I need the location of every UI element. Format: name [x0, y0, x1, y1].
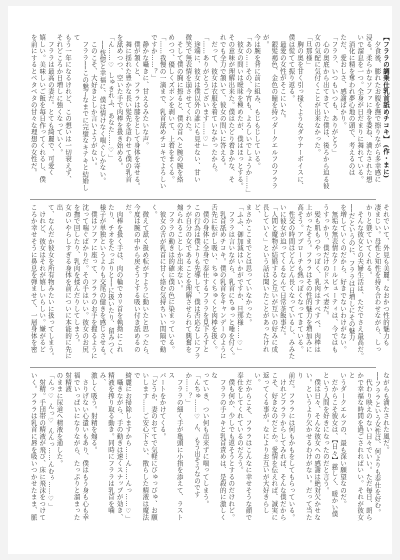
text-column: 様子が単独というよりも交尾の健きを感じさせる。 — [98, 204, 107, 362]
document-page: 【フララの調乗仕乳首舐めチコキ】 (作・まに) 夕食後、膨れたお腹を撫で擦りなが… — [8, 6, 392, 554]
text-column: 僕が頷くと、フララは膝をとして身体を寄せる。 — [132, 34, 141, 194]
text-column: 無垢な無表情なクールビューティは、今ではも — [330, 204, 339, 362]
text-column: 長していく」という話は聞いたことがあったけれど、 — [253, 204, 270, 362]
text-column: れでも全力で頷いて、彼女の問いに答える。 — [218, 34, 227, 194]
text-column: 「フララ、いつもいつも、ありがとう」 — [330, 34, 339, 194]
text-column: 綺麗にお掃除しますから……ん……んっ……♡」 — [124, 372, 133, 524]
text-column: フララの動きは的確に僕の色に染まっている。 — [167, 204, 176, 362]
text-column: 煽られることしか出来ない。 — [175, 204, 184, 362]
text-column: さりげない心遣いもあり、僕はもう身も心も幸 — [81, 372, 90, 524]
text-column: 今度は腕の中から戻そうとする吸い付き舐めるのだ。 — [124, 204, 141, 362]
text-column: いで溜息を一つ。全身が日だまりに舞れている。 — [356, 34, 365, 194]
text-column: 途端に、彼女は僕以外の誰にも見せない、甘い — [192, 34, 201, 194]
text-column: 僕も何か、少しでも返そうとするのだけれど。 — [227, 372, 236, 524]
text-column: 舌先に転がし吸い、ちゅくちゅくと肉棒を扱く。 — [210, 204, 219, 362]
text-band-top: 【フララの調乗仕乳首舐めチコキ】 (作・まに) 夕食後、膨れたお腹を撫で擦りなが… — [30, 34, 390, 194]
text-column: という人間を好きになったのだと言う。 — [321, 372, 330, 524]
text-column: それどころか日増しに強くなっていく。 — [55, 34, 64, 194]
text-column: ラが自分の女であることを理解させられて興奮を — [184, 204, 193, 362]
text-column: 僕の身体に全身で奉仕するフララを見下ろすと — [201, 204, 210, 362]
text-column: 消化に精を奪われ夢心地の頭で、考えるのは — [347, 34, 356, 194]
text-column: ただ、愛おしさ、感謝ばかり。 — [338, 34, 347, 194]
text-column: 上がったそう。フララはその性的魅力を増加みに — [304, 204, 313, 362]
text-column: を増していくのだから、好きでないわけがない。 — [338, 204, 347, 362]
text-column: 囁きながら、手の動きは速くスナップが効き、 — [115, 372, 124, 524]
text-column: 髪も肌もつやっぽく、乳肉はすべすべ、肉棒は — [313, 204, 322, 362]
text-column: 彼女の問いは曖昧を極めたが、僕はほっとする。 — [235, 34, 244, 194]
text-column: ──だというのに、フララは日増しにその魅力 — [347, 204, 356, 362]
text-column: 微笑で無表情を崩させてくれた。 — [184, 34, 193, 194]
text-column: けれど、彼女はそれが嬉しいらしい。嫌がるど — [38, 204, 47, 362]
text-column: のままに尿道へ精液を通した。 — [55, 372, 64, 524]
text-column: フララは言いながら、乳首にちゅっと唾を付く。 — [227, 204, 236, 362]
text-column: その意味が理解出来た。僕はたどり着きかな、そ — [227, 34, 236, 194]
text-column: 「旦那様」 — [304, 34, 313, 194]
text-column: パートをかけてくる。 — [158, 372, 167, 524]
divider-rule — [30, 367, 376, 368]
text-column: 「どうか、妻のおててで気軽にびゅっびゅ、お願 — [149, 372, 158, 524]
text-column: 沈って喘ぐばかりだ。その手はいい。彼女のお尻 — [81, 204, 90, 362]
text-band-middle: それでいて、外見も美麗。なおかつ性的魅力も凄まじい。母性と知性を持ち合わせながら… — [30, 204, 390, 362]
text-column: ながらも満たされた風だ。 — [381, 372, 390, 524]
text-column: 心の奥底から出てきていた僕は、後ろから迫る彼 — [321, 34, 330, 194]
text-column: フララ──この魅了なまでに完璧なキテキと結婚して — [72, 34, 89, 194]
text-column: 「人間と魔物が結婚すると互いが互いの好みに成 — [270, 204, 279, 362]
text-column: 「んっ♡ んっ♡ んんっ……んむぅ……♡」 — [46, 372, 55, 524]
text-column: ころか幸せそうに鼻息を弾ませて、一層身体を密 — [30, 204, 38, 362]
text-column: たり、チオをたっぷりと──に扱いたり、留みつく — [106, 204, 115, 362]
text-column: かりと躾ていてくれる。 — [364, 204, 373, 362]
text-column: 「んちゅ……♡ ん、もう出そうなのですか……？」 — [184, 372, 201, 524]
text-column: 静かな囁きに、甘えるみたいな声。 — [141, 34, 150, 194]
text-column: 性交の時間はどんどん長くなっているし、みみた — [287, 204, 296, 362]
text-column: 舞に揺れた豊かな長い髪先を這わせて僕の乳首 — [124, 34, 133, 194]
text-column: 銀髪褐色、金色の瞳を持つダークエルフのフララが。 — [261, 34, 278, 194]
text-column: 乳首舐めチコキ。僕の乳首をキャンデーのように — [218, 204, 227, 362]
text-band-bottom: ながらも満たされた風だ。──フララという女性は、何よりも奉仕を好む。 代わり映え… — [30, 372, 390, 524]
text-column: このこそ、大好きとしか言いようがない。 — [89, 34, 98, 194]
text-column: い。というより欠かせるわけがない。だって当たり — [295, 372, 312, 524]
text-column: て、なんだか彼女を所有物みたいに扱ってしまう。 — [46, 204, 55, 362]
text-column: 返ってくる事が。なによりお互いが大好きらしい。 — [253, 372, 270, 524]
text-column: いうダークエルフの、最も深い願望なのだ。 — [338, 372, 347, 524]
text-column: 女のいやらしすぎる身体を前についに本能的に先に出 — [55, 204, 72, 362]
text-column: うすっかり、僕だけのドスケベ妻だ。 — [321, 204, 330, 362]
text-column: だからこそ、フララはこんなに幸せそうな顔で — [244, 372, 253, 524]
text-column: ですか……？」 — [149, 34, 158, 194]
text-column: 精液を搾り取る動き。同時にフララは乳首を噛み、 — [98, 372, 115, 524]
text-column: 奉仕をしてくれているのだろう。 — [235, 372, 244, 524]
text-column: を撫で回したり、乳肉を揉んだりしてしまう。 — [72, 204, 81, 362]
text-column: っていき、つい何も出来ずに喘ってしまう。 — [201, 372, 210, 524]
divider-rule — [30, 199, 376, 200]
text-column: それでいて、外見も美麗。なおかつ性的魅力も — [381, 204, 390, 362]
text-column: この行為は僕よりも先導して、僕は否応なしにフラ — [192, 204, 201, 362]
text-column: を舐めつつ、空いた手で肉棒を扱き始める。 — [115, 34, 124, 194]
text-column: 「あの……その、今宵も、よろしいでしょうか……」 — [244, 34, 253, 194]
text-column: 女の気配に気付くことが出来なかった。 — [313, 34, 322, 194]
text-column: 胸の奥を甘く引っ掻くようなダウナーボイスに、 — [295, 34, 304, 194]
text-column: 「……我慢の一滴まで、乳首舐めチコキでよろしい — [158, 34, 167, 194]
text-column: 最愛の女性がそこにいた。 — [278, 34, 287, 194]
text-column: めつつ、優しくズボンを剥いて、上着をまくる。 — [167, 34, 176, 194]
text-column: ──恍惚と幸福に、僕は情けなく喘ぐしかない。 — [98, 34, 107, 194]
text-column: フララは最高の妻だ。とても綺麗で、可愛く — [46, 34, 55, 194]
text-column: だからこそ彼女は、【日々】慈しく、暖かい僕 — [330, 372, 339, 524]
text-column: まさかここまでとは思っていなかった。 — [244, 204, 253, 362]
text-column: 射精。手団帯の精液が飛び、床に飛沫をつけて — [38, 372, 47, 524]
text-column: 凄まじい。母性と知性を持ち合わせながら、しっ — [373, 204, 382, 362]
text-column: こそ、好きなのだとか。愛情を伝えれば、誠実に — [270, 372, 279, 524]
text-column: フララの細く手が亀頭に小指を添えて、ラストス — [167, 372, 184, 524]
text-column: 激しく吸う。射精を煽る。 — [89, 372, 98, 524]
text-column: 嬉しい。美味しいご飯を毎日作ってくれるし、僕 — [38, 34, 47, 194]
text-column: けれどフララからしてみれば、そんな僕だから — [278, 372, 287, 524]
text-column: いします……ご安心下さい、散らした精液は魔法で — [132, 372, 149, 524]
text-column: 前だ。フララには何もかもをしてもらっている。 — [287, 372, 296, 524]
text-column: 浸る。柔らかなソファに身を委ね、満たされた想 — [364, 34, 373, 194]
text-column: いく。フララは乳首に唇を吸いつかせたまま、脈動す — [30, 372, 38, 524]
text-column: 僕は慌てて振り返る。 — [287, 34, 296, 194]
text-column: 福でいっぱいになりながら、たっぷりと溜まった射精液 — [63, 372, 80, 524]
text-column: もう一年になるけれど、この想いは一切衰えず、 — [63, 34, 72, 194]
text-column: 今は腕を背に前に組み、もじもじしている。 — [253, 34, 262, 194]
text-column: フララの手コキと乳首責めは、是殺的に激しくな — [210, 372, 227, 524]
document-title: 【フララの調乗仕乳首舐めチコキ】 (作・まに) — [381, 34, 390, 194]
text-column: 「ん……♡ しゅきれふ、あなた……♡」 — [106, 34, 115, 194]
text-column: 僕は日々、そんな彼女への感謝は絶対欠かせな — [313, 372, 322, 524]
text-column: 微えて舐く扱め転がすように動いたと思ったら、 — [141, 204, 150, 362]
text-column: 「……ありがとうございます……♡」 — [201, 34, 210, 194]
text-column: いに彼女が迫ってくるなんて日常茶飯事だ。 — [278, 204, 287, 362]
text-column: 僕はソファに座って、フララのお手を握るように — [89, 204, 98, 362]
text-column: 夕食後、膨れたお腹を撫で擦りながら多幸感に — [373, 34, 382, 194]
text-column: そして僕の胸に擦ると、僕の首へと腕の腕を絡 — [175, 34, 184, 194]
text-column: かで幸福な時間を過ごされればいい。それが彼女と — [347, 372, 364, 524]
text-column: ──フララという女性は、何よりも奉仕を好む。 — [373, 372, 382, 524]
text-column: だって、彼女は衣服を着ていなかったから。 — [210, 34, 219, 194]
text-column: 「ふふ、御加減はいかがですか、旦那様……♡」 — [235, 204, 244, 362]
text-column: を前にするとベタベタの甘々な理想の女性だ。 — [30, 34, 38, 194]
text-column: 代わり映えのない日々でいい。ただ毎日、朗ら — [364, 372, 373, 524]
text-column: 肉棒を扱く手は、肉の輪でカリ首を執拗にこれ — [115, 204, 124, 362]
text-column: そんな彼女との夫婦生活は、ただでさえ最高だ。 — [356, 204, 365, 362]
text-column: 高そう。アプローチも熱っぽくなってきている。 — [295, 204, 304, 362]
text-column: 彼女の舌が乳首に甘く絡む気持ちいい間隔で動く。 — [149, 204, 166, 362]
